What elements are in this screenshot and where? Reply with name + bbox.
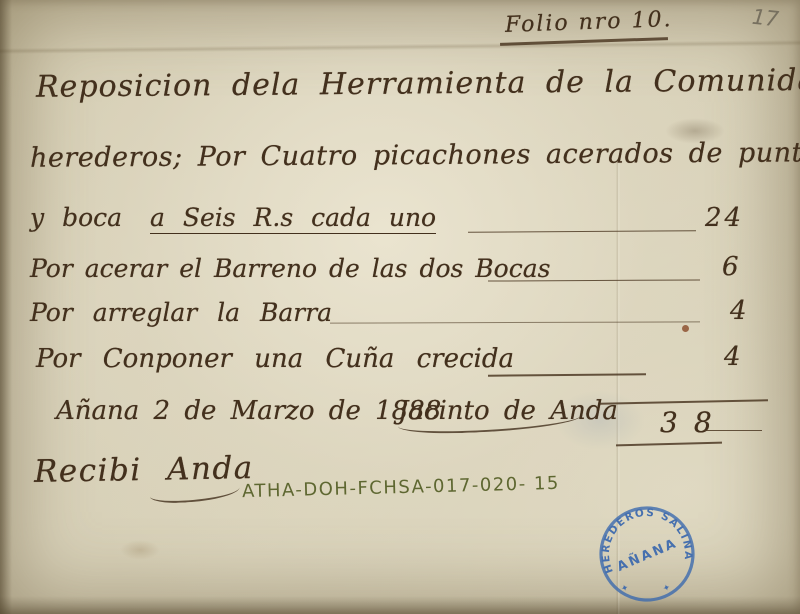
entry-amount: 4: [724, 342, 744, 372]
archive-reference-code: ATHA-DOH-FCHSA-017-020- 15: [242, 473, 560, 502]
heading-line-2: herederos; Por Cuatro picachones acerado…: [30, 137, 800, 174]
entry-amount: 6: [722, 252, 742, 282]
leader-line: [330, 321, 700, 323]
edge-shadow-bottom: [0, 596, 800, 614]
received-signature: Recibi Anda: [34, 450, 254, 490]
total-line-below: [616, 442, 722, 447]
stamp-center-text: AÑANA: [615, 535, 681, 575]
entry-text: Por acerar el Barreno de las dos Bocas: [30, 254, 550, 283]
ink-dot-stain: [682, 325, 689, 332]
place-date: Añana 2 de Marzo de 1888: [56, 396, 441, 426]
leader-line: [488, 279, 700, 281]
leader-line: [488, 373, 646, 376]
entry-text: y boca: [30, 203, 122, 232]
pencil-page-number: 17: [751, 5, 780, 32]
leader-line: [468, 230, 696, 233]
fold-crease-horizontal: [0, 40, 800, 54]
signature-flourish: [150, 486, 241, 505]
stamp-arc-text: C. HEREDEROS SALINAS: [583, 490, 698, 590]
entry-amount: 24: [705, 203, 744, 233]
folio-underline: [500, 37, 668, 46]
svg-text:C. HEREDEROS SALINAS: C. HEREDEROS SALINAS: [583, 490, 698, 590]
entry-text: Por arreglar la Barra: [30, 298, 332, 327]
stamp-ornament-icon: ✦: [620, 583, 631, 595]
foxing-spot: [120, 540, 160, 560]
total-line-above: [600, 399, 768, 405]
folio-label: Folio nro 10.: [505, 7, 671, 38]
edge-shadow-left: [0, 0, 12, 614]
total-dash: [704, 430, 762, 431]
stamp-graphic: C. HEREDEROS SALINAS AÑANA ✦ ✦: [583, 490, 710, 614]
total-amount: 38: [660, 406, 728, 439]
heading-line-1: Reposicion dela Herramienta de la Comuni…: [36, 62, 800, 104]
document-scan: Folio nro 10. 17 Reposicion dela Herrami…: [0, 0, 800, 614]
entry-amount: 4: [730, 296, 750, 326]
archive-stamp: C. HEREDEROS SALINAS AÑANA ✦ ✦: [583, 490, 710, 614]
entry-text: Por Conponer una Cuña crecida: [36, 344, 514, 374]
entry-text-underlined: a Seis R.s cada uno: [150, 203, 436, 234]
